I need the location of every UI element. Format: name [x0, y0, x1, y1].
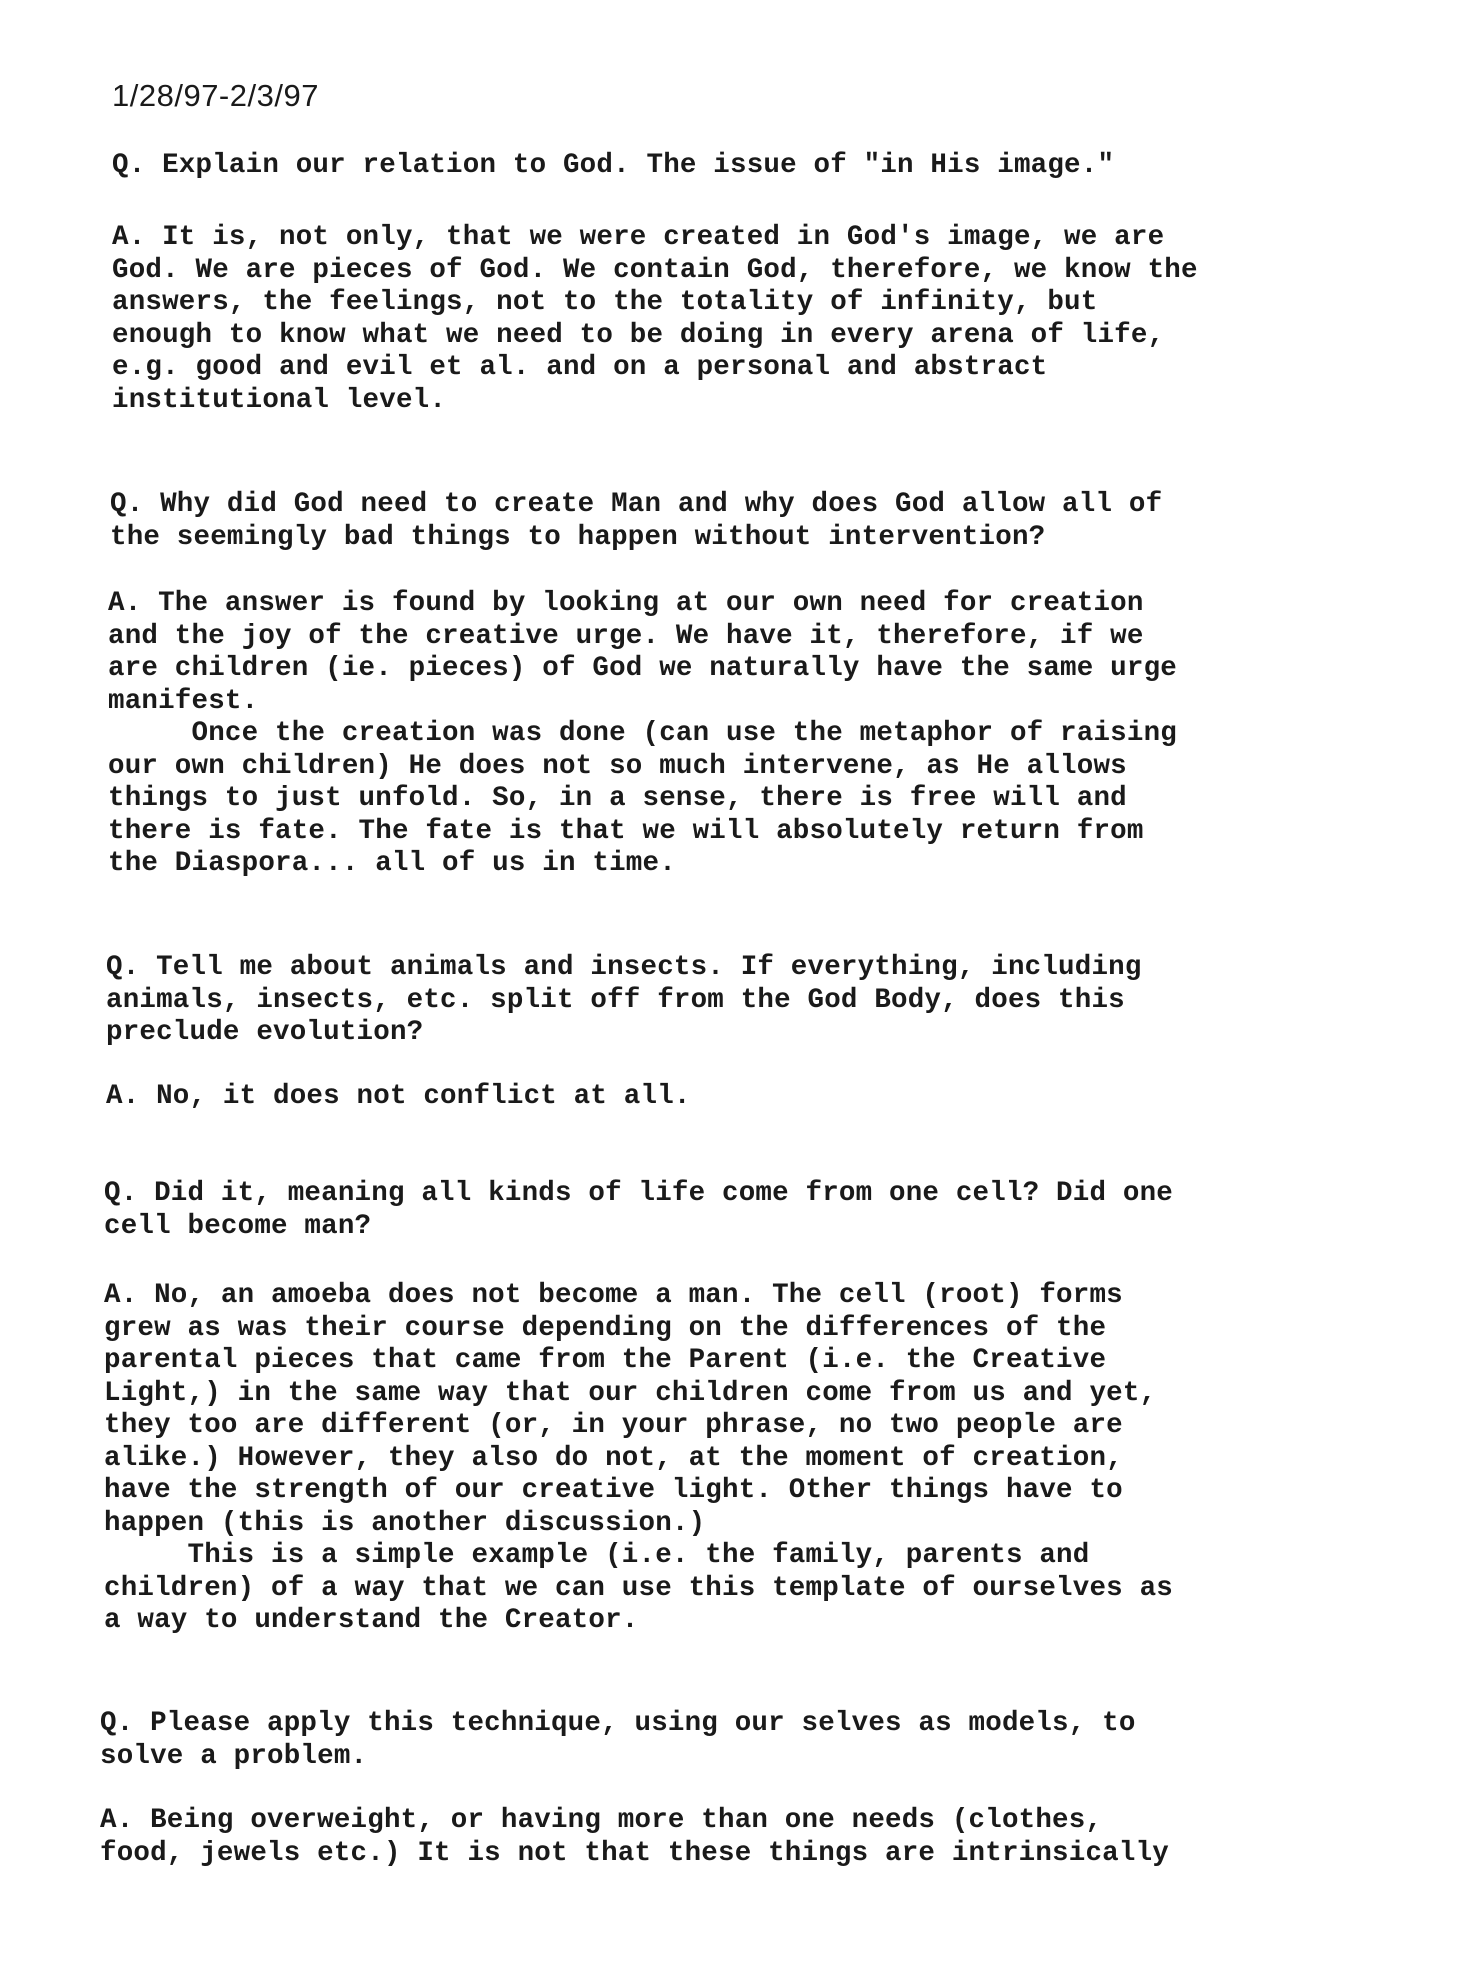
- answer-line: institutional level.: [112, 385, 1198, 418]
- answer-line: Light,) in the same way that our childre…: [104, 1378, 1173, 1411]
- answer-line: e.g. good and evil et al. and on a perso…: [112, 352, 1198, 385]
- question-line: the seemingly bad things to happen witho…: [110, 522, 1162, 555]
- question-line: Q. Please apply this technique, using ou…: [100, 1708, 1136, 1741]
- question-line: cell become man?: [104, 1211, 1173, 1244]
- question-line: preclude evolution?: [106, 1017, 1142, 1050]
- question-2: Q. Why did God need to create Man and wh…: [110, 489, 1162, 554]
- answer-5: A. Being overweight, or having more than…: [100, 1805, 1169, 1870]
- answer-2: A. The answer is found by looking at our…: [108, 588, 1177, 881]
- answer-line: Once the creation was done (can use the …: [108, 718, 1177, 751]
- answer-line: things to just unfold. So, in a sense, t…: [108, 783, 1177, 816]
- answer-line: A. No, it does not conflict at all.: [106, 1081, 691, 1114]
- answer-line: children) of a way that we can use this …: [104, 1573, 1173, 1606]
- date-range-heading: 1/28/97-2/3/97: [112, 80, 319, 113]
- answer-line: parental pieces that came from the Paren…: [104, 1345, 1173, 1378]
- answer-line: grew as was their course depending on th…: [104, 1313, 1173, 1346]
- question-line: Q. Did it, meaning all kinds of life com…: [104, 1178, 1173, 1211]
- answer-line: This is a simple example (i.e. the famil…: [104, 1540, 1173, 1573]
- scanned-page: 1/28/97-2/3/97 Q. Explain our relation t…: [0, 0, 1481, 1964]
- question-5: Q. Please apply this technique, using ou…: [100, 1708, 1136, 1773]
- answer-4: A. No, an amoeba does not become a man. …: [104, 1280, 1173, 1638]
- answer-3: A. No, it does not conflict at all.: [106, 1081, 691, 1114]
- answer-line: the Diaspora... all of us in time.: [108, 848, 1177, 881]
- answer-line: manifest.: [108, 686, 1177, 719]
- answer-line: alike.) However, they also do not, at th…: [104, 1443, 1173, 1476]
- answer-line: are children (ie. pieces) of God we natu…: [108, 653, 1177, 686]
- question-line: Q. Why did God need to create Man and wh…: [110, 489, 1162, 522]
- answer-line: happen (this is another discussion.): [104, 1508, 1173, 1541]
- answer-line: A. Being overweight, or having more than…: [100, 1805, 1169, 1838]
- question-line: solve a problem.: [100, 1741, 1136, 1774]
- answer-line: answers, the feelings, not to the totali…: [112, 287, 1198, 320]
- answer-line: food, jewels etc.) It is not that these …: [100, 1838, 1169, 1871]
- answer-line: A. No, an amoeba does not become a man. …: [104, 1280, 1173, 1313]
- answer-line: there is fate. The fate is that we will …: [108, 816, 1177, 849]
- answer-1: A. It is, not only, that we were created…: [112, 222, 1198, 417]
- answer-line: and the joy of the creative urge. We hav…: [108, 621, 1177, 654]
- answer-line: they too are different (or, in your phra…: [104, 1410, 1173, 1443]
- answer-line: a way to understand the Creator.: [104, 1605, 1173, 1638]
- answer-line: our own children) He does not so much in…: [108, 751, 1177, 784]
- question-line: Q. Tell me about animals and insects. If…: [106, 952, 1142, 985]
- question-line: animals, insects, etc. split off from th…: [106, 985, 1142, 1018]
- question-3: Q. Tell me about animals and insects. If…: [106, 952, 1142, 1050]
- answer-line: enough to know what we need to be doing …: [112, 320, 1198, 353]
- question-1: Q. Explain our relation to God. The issu…: [112, 150, 1114, 183]
- answer-line: A. It is, not only, that we were created…: [112, 222, 1198, 255]
- question-4: Q. Did it, meaning all kinds of life com…: [104, 1178, 1173, 1243]
- answer-line: A. The answer is found by looking at our…: [108, 588, 1177, 621]
- answer-line: God. We are pieces of God. We contain Go…: [112, 255, 1198, 288]
- question-line: Q. Explain our relation to God. The issu…: [112, 150, 1114, 183]
- answer-line: have the strength of our creative light.…: [104, 1475, 1173, 1508]
